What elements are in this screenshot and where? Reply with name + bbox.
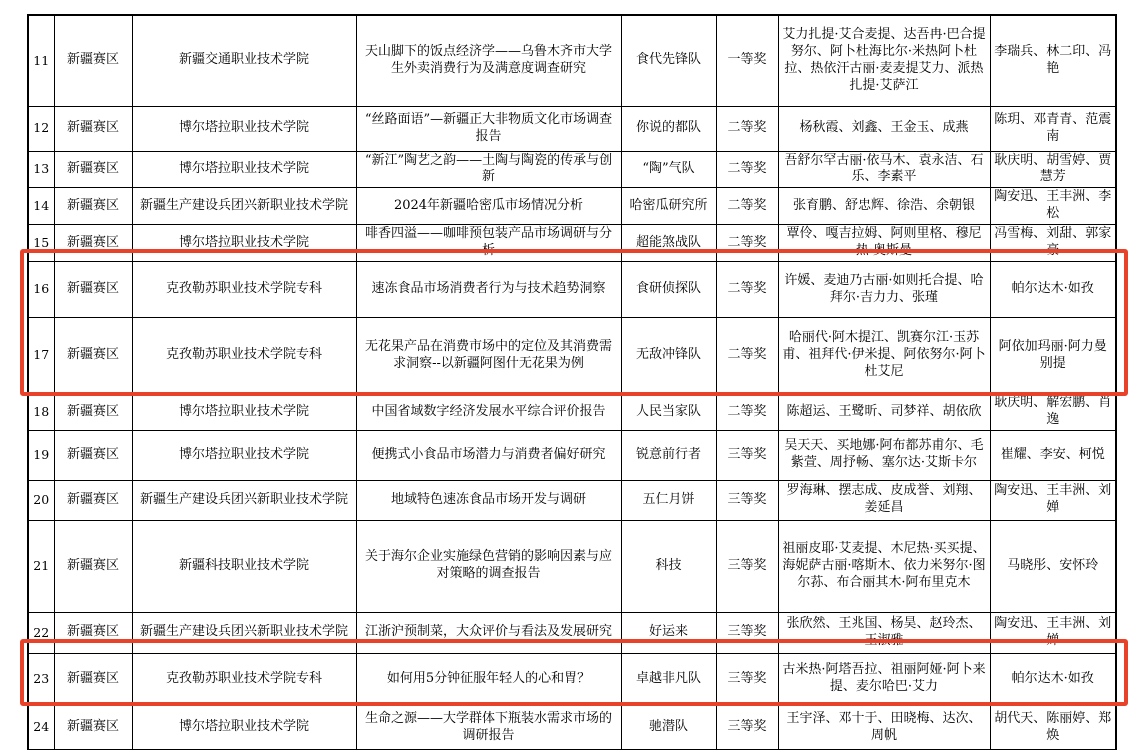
cell-members: 杨秋霞、刘鑫、王金玉、成燕 — [778, 106, 990, 151]
cell-advisors: 陶安迅、王丰洲、李松 — [990, 188, 1116, 225]
cell-members: 王宇泽、邓十于、田晓梅、达次、周帆 — [778, 705, 990, 750]
cell-award: 二等奖 — [716, 151, 778, 188]
cell-zone: 新疆赛区 — [54, 705, 132, 750]
cell-zone: 新疆赛区 — [54, 151, 132, 188]
table-row: 14新疆赛区新疆生产建设兵团兴新职业技术学院2024年新疆哈密瓜市场情况分析哈密… — [28, 188, 1116, 225]
cell-title: 无花果产品在消费市场中的定位及其消费需求洞察--以新疆阿图什无花果为例 — [356, 318, 621, 394]
cell-members: 吴天天、买地娜·阿布都苏甫尔、毛紫萱、周抒畅、塞尔达·艾斯卡尔 — [778, 430, 990, 480]
cell-advisors: 耿庆明、解宏鹏、肖逸 — [990, 394, 1116, 431]
cell-advisors: 阿依加玛丽·阿力曼别提 — [990, 318, 1116, 394]
cell-advisors: 冯雪梅、刘甜、郭家豪 — [990, 225, 1116, 262]
competition-results-page: 11新疆赛区新疆交通职业技术学院天山脚下的饭点经济学——乌鲁木齐市大学生外卖消费… — [0, 0, 1139, 750]
cell-title: 速冻食品市场消费者行为与技术趋势洞察 — [356, 262, 621, 318]
table-row: 18新疆赛区博尔塔拉职业技术学院中国省域数字经济发展水平综合评价报告人民当家队二… — [28, 394, 1116, 431]
cell-team: 哈密瓜研究所 — [621, 188, 716, 225]
cell-zone: 新疆赛区 — [54, 480, 132, 520]
cell-zone: 新疆赛区 — [54, 15, 132, 106]
cell-members: 艾力扎提·艾合麦提、达吾冉·巴合提努尔、阿卜杜海比尔·米热阿卜杜拉、热依汗古丽·… — [778, 15, 990, 106]
cell-num: 20 — [28, 480, 54, 520]
cell-title: “新江”陶艺之韵——土陶与陶瓷的传承与创新 — [356, 151, 621, 188]
cell-team: “陶”气队 — [621, 151, 716, 188]
cell-award: 三等奖 — [716, 612, 778, 653]
cell-members: 覃伶、嘎吉拉姆、阿则里格、穆尼热·奥斯曼 — [778, 225, 990, 262]
cell-zone: 新疆赛区 — [54, 394, 132, 431]
cell-zone: 新疆赛区 — [54, 653, 132, 705]
cell-team: 卓越非凡队 — [621, 653, 716, 705]
cell-title: 啡香四溢——咖啡预包装产品市场调研与分析 — [356, 225, 621, 262]
cell-num: 18 — [28, 394, 54, 431]
cell-title: 2024年新疆哈密瓜市场情况分析 — [356, 188, 621, 225]
cell-award: 二等奖 — [716, 188, 778, 225]
cell-num: 11 — [28, 15, 54, 106]
cell-award: 三等奖 — [716, 705, 778, 750]
cell-team: 食代先锋队 — [621, 15, 716, 106]
cell-zone: 新疆赛区 — [54, 318, 132, 394]
cell-title: “丝路面语”—新疆正大非物质文化市场调查报告 — [356, 106, 621, 151]
table-row: 24新疆赛区博尔塔拉职业技术学院生命之源——大学群体下瓶装水需求市场的调研报告驰… — [28, 705, 1116, 750]
cell-award: 二等奖 — [716, 318, 778, 394]
cell-zone: 新疆赛区 — [54, 520, 132, 612]
cell-school: 新疆交通职业技术学院 — [132, 15, 356, 106]
cell-title: 生命之源——大学群体下瓶装水需求市场的调研报告 — [356, 705, 621, 750]
table-row: 22新疆赛区新疆生产建设兵团兴新职业技术学院江浙沪预制菜，大众评价与看法及发展研… — [28, 612, 1116, 653]
cell-title: 天山脚下的饭点经济学——乌鲁木齐市大学生外卖消费行为及满意度调查研究 — [356, 15, 621, 106]
cell-zone: 新疆赛区 — [54, 612, 132, 653]
cell-members: 张欣然、王兆国、杨昊、赵玲杰、王淑雅 — [778, 612, 990, 653]
cell-school: 新疆生产建设兵团兴新职业技术学院 — [132, 612, 356, 653]
cell-advisors: 陶安迅、王丰洲、刘婵 — [990, 612, 1116, 653]
cell-school: 克孜勒苏职业技术学院专科 — [132, 653, 356, 705]
cell-school: 博尔塔拉职业技术学院 — [132, 106, 356, 151]
table-row: 23新疆赛区克孜勒苏职业技术学院专科如何用5分钟征服年轻人的心和胃？卓越非凡队三… — [28, 653, 1116, 705]
cell-school: 博尔塔拉职业技术学院 — [132, 430, 356, 480]
cell-award: 三等奖 — [716, 653, 778, 705]
cell-advisors: 李瑞兵、林二印、冯艳 — [990, 15, 1116, 106]
cell-num: 17 — [28, 318, 54, 394]
cell-num: 23 — [28, 653, 54, 705]
cell-num: 15 — [28, 225, 54, 262]
cell-advisors: 帕尔达木·如孜 — [990, 653, 1116, 705]
table-row: 12新疆赛区博尔塔拉职业技术学院“丝路面语”—新疆正大非物质文化市场调查报告你说… — [28, 106, 1116, 151]
table-row: 21新疆赛区新疆科技职业技术学院关于海尔企业实施绿色营销的影响因素与应对策略的调… — [28, 520, 1116, 612]
cell-award: 三等奖 — [716, 480, 778, 520]
cell-num: 14 — [28, 188, 54, 225]
cell-members: 古米热·阿塔吾拉、祖丽阿娅·阿卜来提、麦尔哈巴·艾力 — [778, 653, 990, 705]
cell-title: 中国省域数字经济发展水平综合评价报告 — [356, 394, 621, 431]
cell-advisors: 马晓彤、安怀玲 — [990, 520, 1116, 612]
cell-advisors: 陈玥、邓青青、范震南 — [990, 106, 1116, 151]
cell-advisors: 崔耀、李安、柯悦 — [990, 430, 1116, 480]
cell-members: 陈超运、王鹭昕、司梦祥、胡依欣 — [778, 394, 990, 431]
cell-award: 二等奖 — [716, 225, 778, 262]
cell-team: 锐意前行者 — [621, 430, 716, 480]
cell-zone: 新疆赛区 — [54, 188, 132, 225]
cell-team: 无敌冲锋队 — [621, 318, 716, 394]
cell-members: 许媛、麦迪乃古丽·如则托合提、哈拜尔·吉力力、张瑾 — [778, 262, 990, 318]
cell-num: 21 — [28, 520, 54, 612]
cell-title: 关于海尔企业实施绿色营销的影响因素与应对策略的调查报告 — [356, 520, 621, 612]
cell-school: 博尔塔拉职业技术学院 — [132, 705, 356, 750]
cell-team: 超能煞战队 — [621, 225, 716, 262]
awards-table: 11新疆赛区新疆交通职业技术学院天山脚下的饭点经济学——乌鲁木齐市大学生外卖消费… — [27, 14, 1117, 750]
cell-zone: 新疆赛区 — [54, 225, 132, 262]
cell-school: 新疆生产建设兵团兴新职业技术学院 — [132, 480, 356, 520]
table-row: 17新疆赛区克孜勒苏职业技术学院专科无花果产品在消费市场中的定位及其消费需求洞察… — [28, 318, 1116, 394]
cell-team: 你说的都队 — [621, 106, 716, 151]
table-row: 15新疆赛区博尔塔拉职业技术学院啡香四溢——咖啡预包装产品市场调研与分析超能煞战… — [28, 225, 1116, 262]
cell-members: 罗海琳、摆志成、皮成誉、刘翔、姜延昌 — [778, 480, 990, 520]
cell-members: 吾舒尔罕古丽·依马木、袁永洁、石乐、李素平 — [778, 151, 990, 188]
table-row: 11新疆赛区新疆交通职业技术学院天山脚下的饭点经济学——乌鲁木齐市大学生外卖消费… — [28, 15, 1116, 106]
cell-num: 19 — [28, 430, 54, 480]
cell-advisors: 胡代天、陈丽婷、郑焕 — [990, 705, 1116, 750]
cell-award: 二等奖 — [716, 106, 778, 151]
cell-team: 食研侦探队 — [621, 262, 716, 318]
cell-num: 22 — [28, 612, 54, 653]
cell-school: 克孜勒苏职业技术学院专科 — [132, 262, 356, 318]
cell-members: 张育鹏、舒忠辉、徐浩、余朝银 — [778, 188, 990, 225]
cell-zone: 新疆赛区 — [54, 262, 132, 318]
cell-team: 人民当家队 — [621, 394, 716, 431]
cell-team: 好运来 — [621, 612, 716, 653]
cell-title: 如何用5分钟征服年轻人的心和胃？ — [356, 653, 621, 705]
cell-award: 二等奖 — [716, 394, 778, 431]
cell-num: 13 — [28, 151, 54, 188]
cell-team: 五仁月饼 — [621, 480, 716, 520]
cell-members: 祖丽皮耶·艾麦提、木尼热·买买提、海妮萨古丽·喀斯木、依力米努尔·图尔荪、布合丽… — [778, 520, 990, 612]
table-row: 16新疆赛区克孜勒苏职业技术学院专科速冻食品市场消费者行为与技术趋势洞察食研侦探… — [28, 262, 1116, 318]
cell-school: 新疆科技职业技术学院 — [132, 520, 356, 612]
table-row: 20新疆赛区新疆生产建设兵团兴新职业技术学院地域特色速冻食品市场开发与调研五仁月… — [28, 480, 1116, 520]
cell-award: 二等奖 — [716, 262, 778, 318]
cell-title: 地域特色速冻食品市场开发与调研 — [356, 480, 621, 520]
cell-num: 12 — [28, 106, 54, 151]
cell-school: 克孜勒苏职业技术学院专科 — [132, 318, 356, 394]
cell-members: 哈丽代·阿木提江、凯赛尔江·玉苏甫、祖拜代·伊米提、阿依努尔·阿卜杜艾尼 — [778, 318, 990, 394]
cell-school: 博尔塔拉职业技术学院 — [132, 394, 356, 431]
cell-title: 便携式小食品市场潜力与消费者偏好研究 — [356, 430, 621, 480]
cell-num: 16 — [28, 262, 54, 318]
cell-award: 一等奖 — [716, 15, 778, 106]
cell-title: 江浙沪预制菜，大众评价与看法及发展研究 — [356, 612, 621, 653]
cell-team: 驰潜队 — [621, 705, 716, 750]
cell-school: 博尔塔拉职业技术学院 — [132, 225, 356, 262]
cell-advisors: 帕尔达木·如孜 — [990, 262, 1116, 318]
cell-num: 24 — [28, 705, 54, 750]
table-row: 19新疆赛区博尔塔拉职业技术学院便携式小食品市场潜力与消费者偏好研究锐意前行者三… — [28, 430, 1116, 480]
cell-advisors: 耿庆明、胡雪婷、贾慧芳 — [990, 151, 1116, 188]
cell-school: 博尔塔拉职业技术学院 — [132, 151, 356, 188]
cell-advisors: 陶安迅、王丰洲、刘婵 — [990, 480, 1116, 520]
cell-team: 科技 — [621, 520, 716, 612]
cell-award: 三等奖 — [716, 430, 778, 480]
cell-zone: 新疆赛区 — [54, 106, 132, 151]
cell-zone: 新疆赛区 — [54, 430, 132, 480]
table-row: 13新疆赛区博尔塔拉职业技术学院“新江”陶艺之韵——土陶与陶瓷的传承与创新“陶”… — [28, 151, 1116, 188]
cell-award: 三等奖 — [716, 520, 778, 612]
cell-school: 新疆生产建设兵团兴新职业技术学院 — [132, 188, 356, 225]
